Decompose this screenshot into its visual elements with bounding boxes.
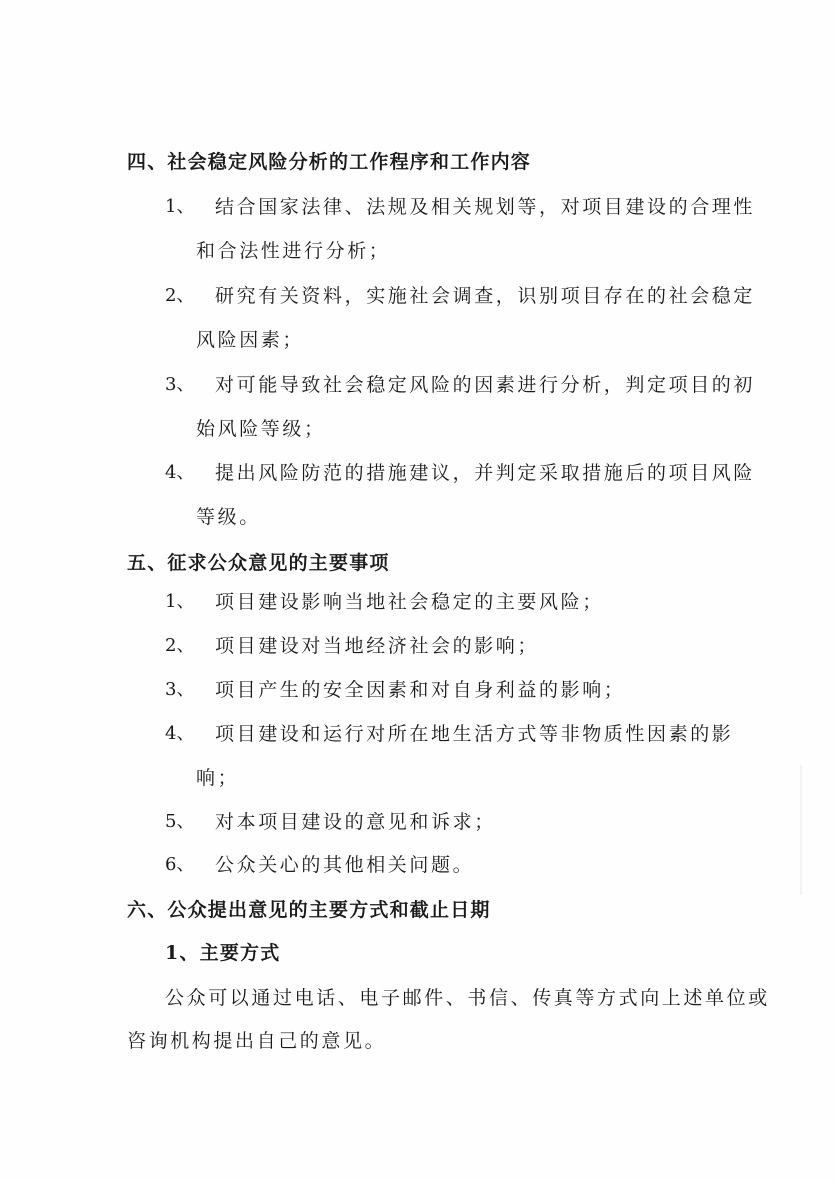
item-text: 对可能导致社会稳定风险的因素进行分析，判定项目的初 [215,373,755,397]
item-text: 结合国家法律、法规及相关规划等，对项目建设的合理性 [215,195,755,219]
item-text: 项目建设和运行对所在地生活方式等非物质性因素的影 [215,722,733,746]
item-text-continued: 始风险等级； [196,417,326,441]
item-number: 5、 [165,810,194,834]
item-text-continued: 等级。 [196,505,261,529]
item-number: 2、 [165,634,194,658]
item-number: 4、 [165,461,194,485]
item-number: 2、 [165,284,194,308]
item-text: 对本项目建设的意见和诉求； [215,810,496,834]
item-number: 4、 [165,722,194,746]
item-text-continued: 响； [196,766,239,790]
item-text-continued: 风险因素； [196,328,304,352]
item-text: 公众关心的其他相关问题。 [215,853,474,877]
section-heading-5: 五、征求公众意见的主要事项 [127,551,390,575]
item-text: 项目建设对当地经济社会的影响； [215,634,539,658]
paragraph-line: 公众可以通过电话、电子邮件、书信、传真等方式向上述单位或 [165,986,770,1010]
scan-artifact [800,765,802,895]
section-heading-4: 四、社会稳定风险分析的工作程序和工作内容 [127,150,531,174]
paragraph-line-continued: 咨询机构提出自己的意见。 [127,1029,386,1053]
item-number: 3、 [165,678,194,702]
item-text: 项目产生的安全因素和对自身利益的影响； [215,678,625,702]
item-text: 项目建设影响当地社会稳定的主要风险； [215,590,604,614]
section-heading-6: 六、公众提出意见的主要方式和截止日期 [127,898,491,922]
subheading-main-methods: 1、主要方式 [165,941,280,965]
item-number: 3、 [165,373,194,397]
item-number: 1、 [165,590,194,614]
document-page: 四、社会稳定风险分析的工作程序和工作内容 1、 结合国家法律、法规及相关规划等，… [0,0,835,1181]
item-text-continued: 和合法性进行分析； [196,239,390,263]
item-text: 研究有关资料，实施社会调查，识别项目存在的社会稳定 [215,284,755,308]
item-number: 6、 [165,853,194,877]
item-number: 1、 [165,195,194,219]
item-text: 提出风险防范的措施建议，并判定采取措施后的项目风险 [215,461,755,485]
